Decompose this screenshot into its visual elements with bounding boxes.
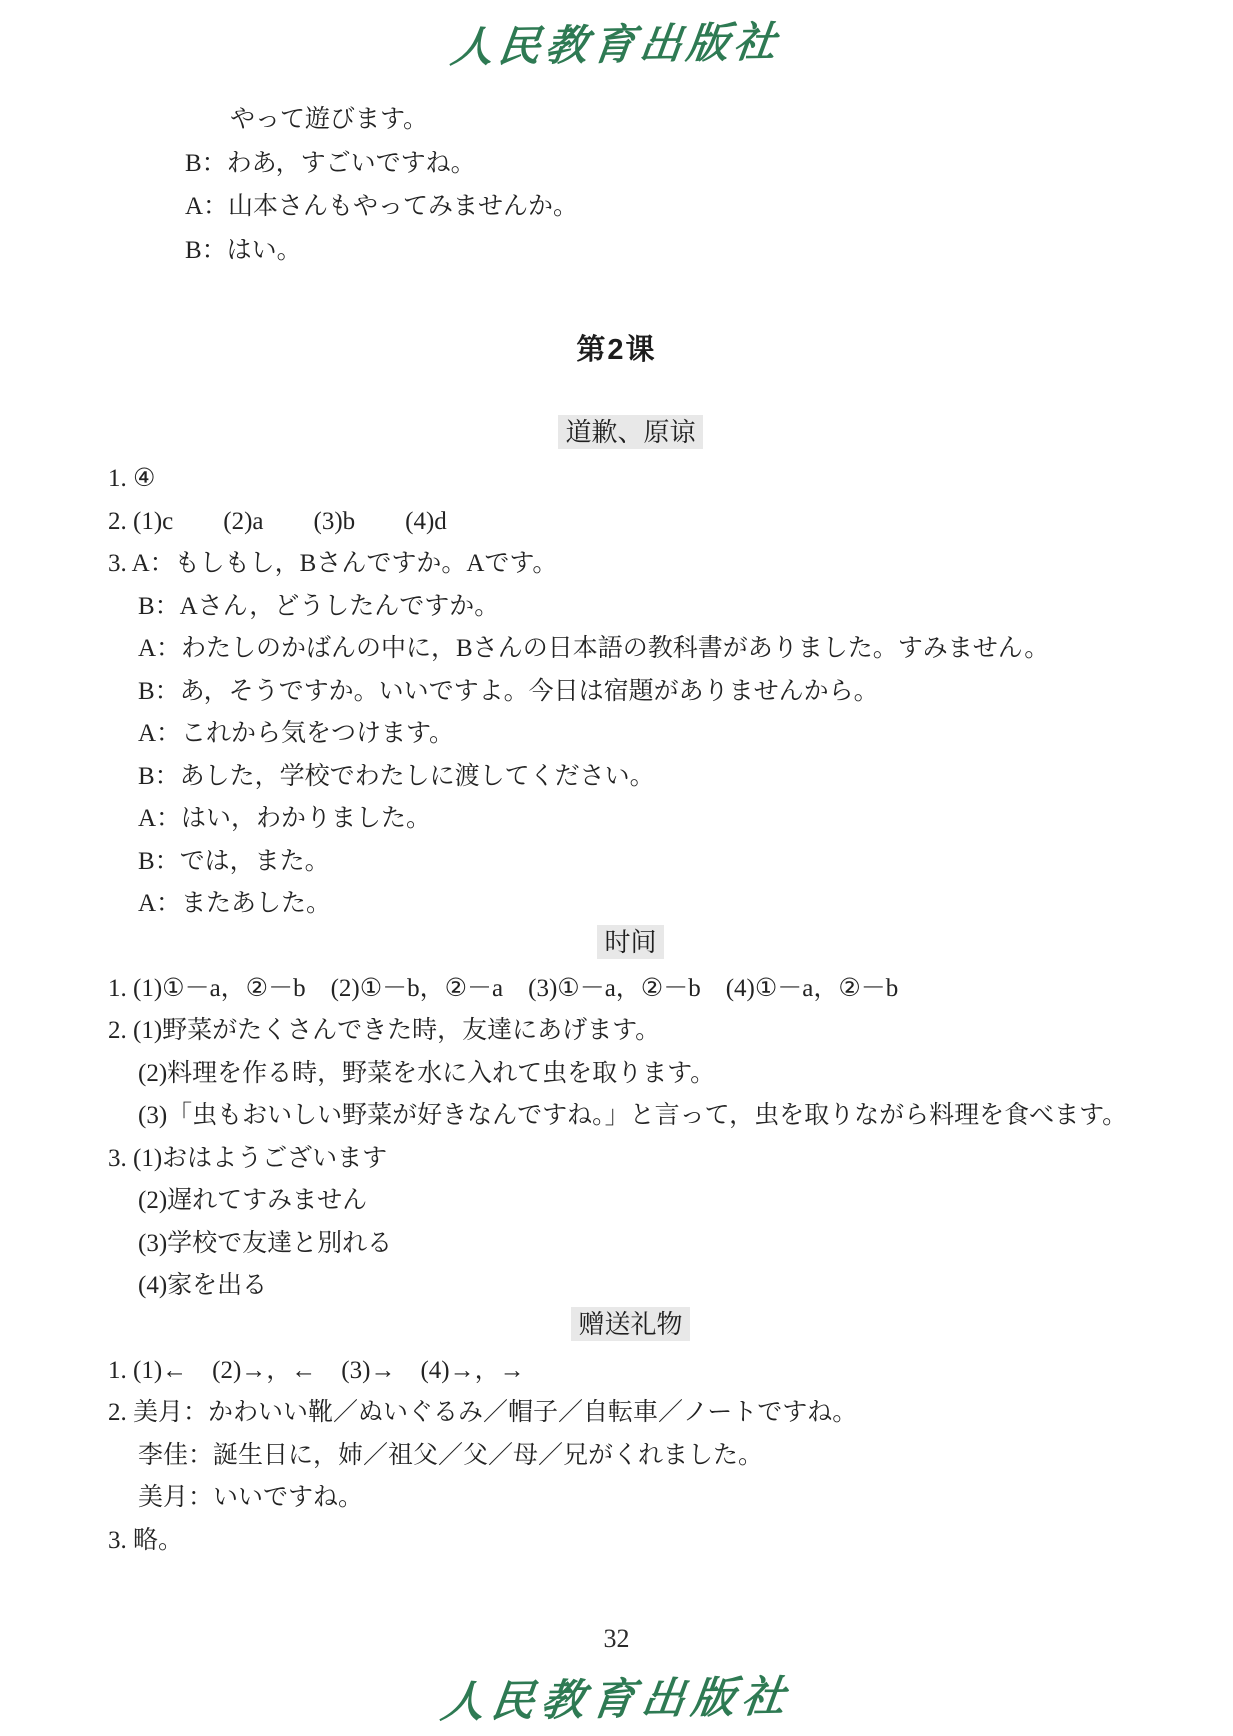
lesson-title: 第2课	[0, 327, 1233, 368]
answer-line: 1. (1)← (2)→，← (3)→ (4)→，→	[108, 1350, 1153, 1393]
answer-line: 1. ④	[108, 458, 1153, 501]
dialogue-line: B：はい。	[185, 229, 578, 273]
answer-line: 3. A：もしもし，Bさんですか。Aです。	[108, 543, 1153, 586]
dialogue-line: A：山本さんもやってみませんか。	[185, 185, 578, 229]
answers-content: 道歉、原谅 1. ④ 2. (1)c (2)a (3)b (4)d 3. A：も…	[108, 416, 1153, 1562]
answer-line: A：これから気をつけます。	[108, 713, 1153, 756]
answer-line: 李佳：誕生日に，姉／祖父／父／母／兄がくれました。	[108, 1435, 1153, 1478]
publisher-logo-text: 人民教育出版社	[437, 1663, 795, 1730]
answer-line: 2. 美月：かわいい靴／ぬいぐるみ／帽子／自転車／ノートですね。	[108, 1392, 1153, 1435]
answer-line: 3. 略。	[108, 1520, 1153, 1563]
dialogue-continuation-block: やって遊びます。 B：わあ，すごいですね。 A：山本さんもやってみませんか。 B…	[185, 98, 578, 272]
dialogue-line: B：わあ，すごいですね。	[185, 142, 578, 186]
answer-line: (3)学校で友達と別れる	[108, 1223, 1153, 1266]
answer-line: 美月：いいですね。	[108, 1477, 1153, 1520]
answer-line: (2)料理を作る時，野菜を水に入れて虫を取ります。	[108, 1053, 1153, 1096]
answer-line: 3. (1)おはようございます	[108, 1138, 1153, 1181]
answer-line: (2)遅れてすみません	[108, 1180, 1153, 1223]
answer-line: B：Aさん，どうしたんですか。	[108, 586, 1153, 629]
section-heading-label: 道歉、原谅	[558, 415, 702, 449]
answer-line: A：はい，わかりました。	[108, 798, 1153, 841]
section-heading-apology-forgiveness: 道歉、原谅	[108, 416, 1153, 450]
section-heading-time: 时间	[108, 926, 1153, 960]
answer-line: B：では，また。	[108, 841, 1153, 884]
answer-line: (3)「虫もおいしい野菜が好きなんですね。」と言って，虫を取りながら料理を食べま…	[108, 1095, 1153, 1138]
section-heading-label: 时间	[597, 925, 663, 959]
answer-line: (4)家を出る	[108, 1265, 1153, 1308]
section-heading-label: 赠送礼物	[571, 1307, 689, 1341]
answer-line: 2. (1)野菜がたくさんできた時，友達にあげます。	[108, 1010, 1153, 1053]
page-number: 32	[0, 1624, 1233, 1654]
publisher-logo-footer: 人民教育出版社	[0, 1666, 1233, 1727]
document-page: 人民教育出版社 やって遊びます。 B：わあ，すごいですね。 A：山本さんもやって…	[0, 0, 1233, 1736]
answer-line: B：あ，そうですか。いいですよ。今日は宿題がありませんから。	[108, 671, 1153, 714]
answer-line: A：またあした。	[108, 883, 1153, 926]
answer-line: 2. (1)c (2)a (3)b (4)d	[108, 501, 1153, 544]
answer-line: B：あした，学校でわたしに渡してください。	[108, 756, 1153, 799]
dialogue-line: やって遊びます。	[185, 98, 578, 142]
answer-line: A：わたしのかばんの中に，Bさんの日本語の教科書がありました。すみません。	[108, 628, 1153, 671]
answer-line: 1. (1)①－a，②－b (2)①－b，②－a (3)①－a，②－b (4)①…	[108, 968, 1153, 1011]
publisher-logo-text: 人民教育出版社	[448, 9, 785, 75]
publisher-logo-header: 人民教育出版社	[0, 12, 1233, 72]
section-heading-gift-giving: 赠送礼物	[108, 1308, 1153, 1342]
